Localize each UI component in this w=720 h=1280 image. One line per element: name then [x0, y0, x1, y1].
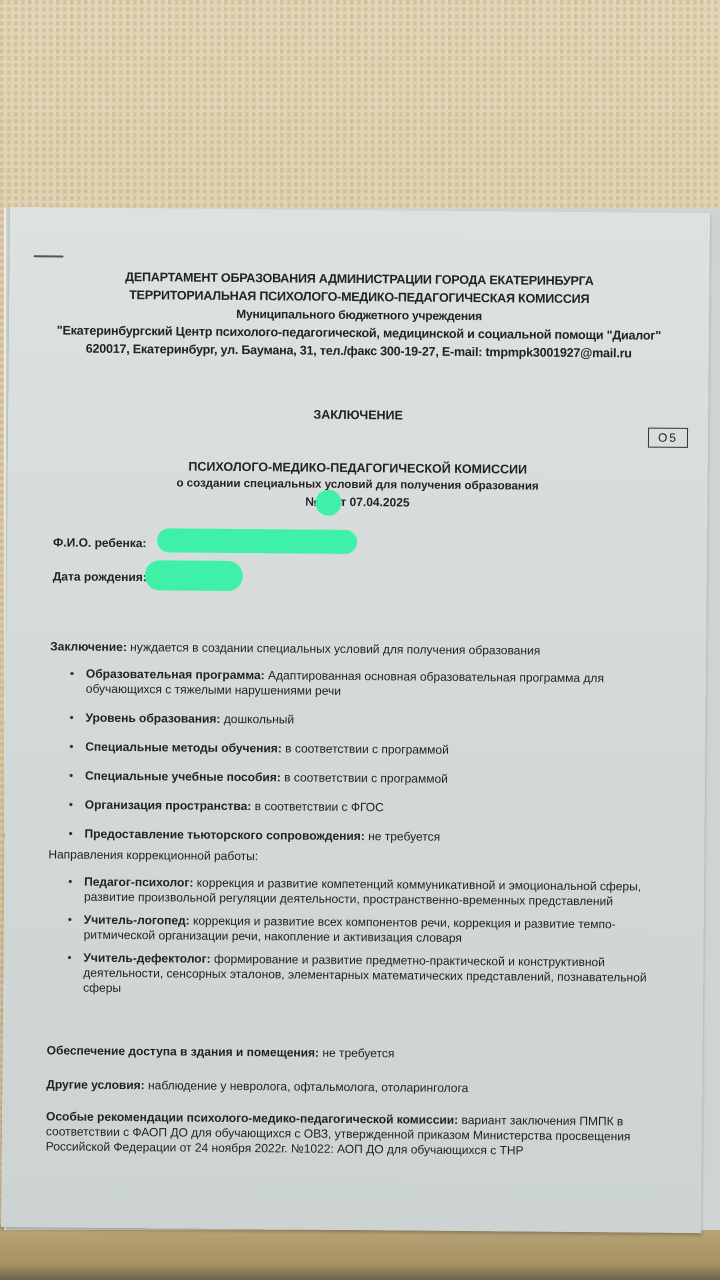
floor-background [0, 1225, 720, 1280]
conclusion-section: Заключение: нуждается в создании специал… [47, 639, 676, 1008]
commission-heading: ПСИХОЛОГО-МЕДИКО-ПЕДАГОГИЧЕСКОЙ КОМИССИИ… [7, 457, 707, 514]
item-label: Организация пространства: [85, 798, 252, 813]
special-recommendations-section: Особые рекомендации психолого-медико-пед… [46, 1109, 672, 1159]
access-section: Обеспечение доступа в здания и помещения… [47, 1043, 673, 1063]
other-value: наблюдение у невролога, офтальмолога, от… [148, 1078, 468, 1095]
child-name-label: Ф.И.О. ребенка: [53, 535, 147, 550]
list-item: Предоставление тьюторского сопровождения… [68, 827, 674, 847]
letterhead: ДЕПАРТАМЕНТ ОБРАЗОВАНИЯ АДМИНИСТРАЦИИ ГО… [9, 267, 710, 363]
conclusion-text: нуждается в создании специальных условий… [130, 640, 540, 658]
list-item: Образовательная программа: Адаптированна… [70, 667, 676, 702]
access-value: не требуется [322, 1046, 394, 1061]
birth-date-label: Дата рождения: [53, 569, 147, 584]
conclusion-list: Образовательная программа: Адаптированна… [48, 666, 676, 846]
document-code-box: О5 [648, 428, 688, 448]
item-label: Уровень образования: [85, 711, 220, 726]
item-label: Образовательная программа: [86, 667, 265, 683]
staple-mark [34, 255, 64, 257]
item-label: Учитель-дефектолог: [83, 951, 210, 966]
correction-label: Направления коррекционной работы: [48, 847, 674, 867]
list-item: Учитель-логопед: коррекция и развитие вс… [68, 913, 674, 948]
item-label: Учитель-логопед: [84, 913, 190, 928]
list-item: Специальные методы обучения: в соответст… [69, 740, 675, 760]
list-item: Уровень образования: дошкольный [69, 711, 675, 731]
redaction-mark [157, 528, 357, 554]
child-name-field: Ф.И.О. ребенка: [53, 535, 147, 550]
conclusion-label: Заключение: [50, 639, 127, 654]
item-label: Специальные учебные пособия: [85, 769, 281, 785]
list-item: Педагог-психолог: коррекция и развитие к… [68, 875, 674, 910]
birth-date-field: Дата рождения: [53, 569, 147, 584]
item-value: дошкольный [224, 712, 294, 727]
item-value: в соответствии с ФГОС [255, 799, 384, 814]
list-item: Специальные учебные пособия: в соответст… [69, 769, 675, 789]
correction-list: Педагог-психолог: коррекция и развитие к… [47, 874, 674, 1000]
redaction-mark [315, 490, 341, 516]
document-title: ЗАКЛЮЧЕНИЕ [8, 405, 708, 425]
item-value: в соответствии с программой [284, 770, 448, 785]
item-label: Предоставление тьюторского сопровождения… [84, 827, 364, 843]
document-page: ДЕПАРТАМЕНТ ОБРАЗОВАНИЯ АДМИНИСТРАЦИИ ГО… [1, 207, 710, 1233]
item-label: Специальные методы обучения: [85, 740, 282, 756]
item-label: Педагог-психолог: [84, 875, 193, 890]
other-conditions-section: Другие условия: наблюдение у невролога, … [46, 1077, 672, 1097]
list-item: Организация пространства: в соответствии… [69, 798, 675, 818]
other-label: Другие условия: [46, 1077, 144, 1092]
item-value: в соответствии с программой [285, 741, 449, 756]
item-value: не требуется [368, 829, 440, 844]
redaction-mark [145, 560, 243, 591]
list-item: Учитель-дефектолог: формирование и разви… [67, 951, 673, 1001]
access-label: Обеспечение доступа в здания и помещения… [47, 1043, 320, 1059]
